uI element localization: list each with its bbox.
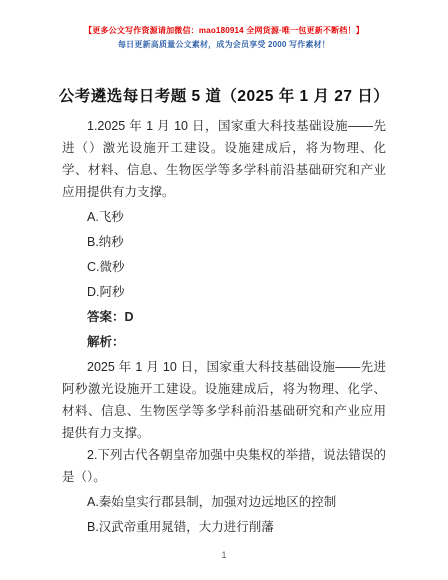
ad-line-blue: 每日更新高质量公文素材，成为会员享受 2000 写作素材！ — [0, 39, 448, 51]
q1-option-c: C.微秒 — [62, 256, 386, 278]
q2-option-a: A.秦始皇实行郡县制，加强对边远地区的控制 — [62, 491, 386, 513]
header-ad-banner: 【更多公文写作资源请加微信：mao180914 全网货源·唯一包更新不断档！】 … — [0, 0, 448, 51]
doc-title: 公考遴选每日考题 5 道（2025 年 1 月 27 日） — [30, 84, 418, 106]
q2-stem: 2.下列古代各朝皇帝加强中央集权的举措，说法错误的是（）。 — [62, 444, 386, 488]
document-page: 【更多公文写作资源请加微信：mao180914 全网货源·唯一包更新不断档！】 … — [0, 0, 448, 580]
q1-option-b: B.纳秒 — [62, 231, 386, 253]
q1-option-d: D.阿秒 — [62, 281, 386, 303]
q1-option-a: A.飞秒 — [62, 206, 386, 228]
q1-answer: 答案：D — [62, 306, 386, 328]
q1-analysis-text: 2025 年 1 月 10 日，国家重大科技基础设施——先进阿秒激光设施开工建设… — [62, 356, 386, 444]
q1-analysis-label: 解析： — [62, 331, 386, 353]
q2-option-b: B.汉武帝重用晁错，大力进行削藩 — [62, 516, 386, 538]
q1-stem: 1.2025 年 1 月 10 日，国家重大科技基础设施——先进（）激光设施开工… — [62, 115, 386, 203]
page-number: 1 — [0, 550, 448, 560]
doc-body: 1.2025 年 1 月 10 日，国家重大科技基础设施——先进（）激光设施开工… — [62, 115, 386, 538]
ad-line-red: 【更多公文写作资源请加微信：mao180914 全网货源·唯一包更新不断档！】 — [0, 25, 448, 37]
